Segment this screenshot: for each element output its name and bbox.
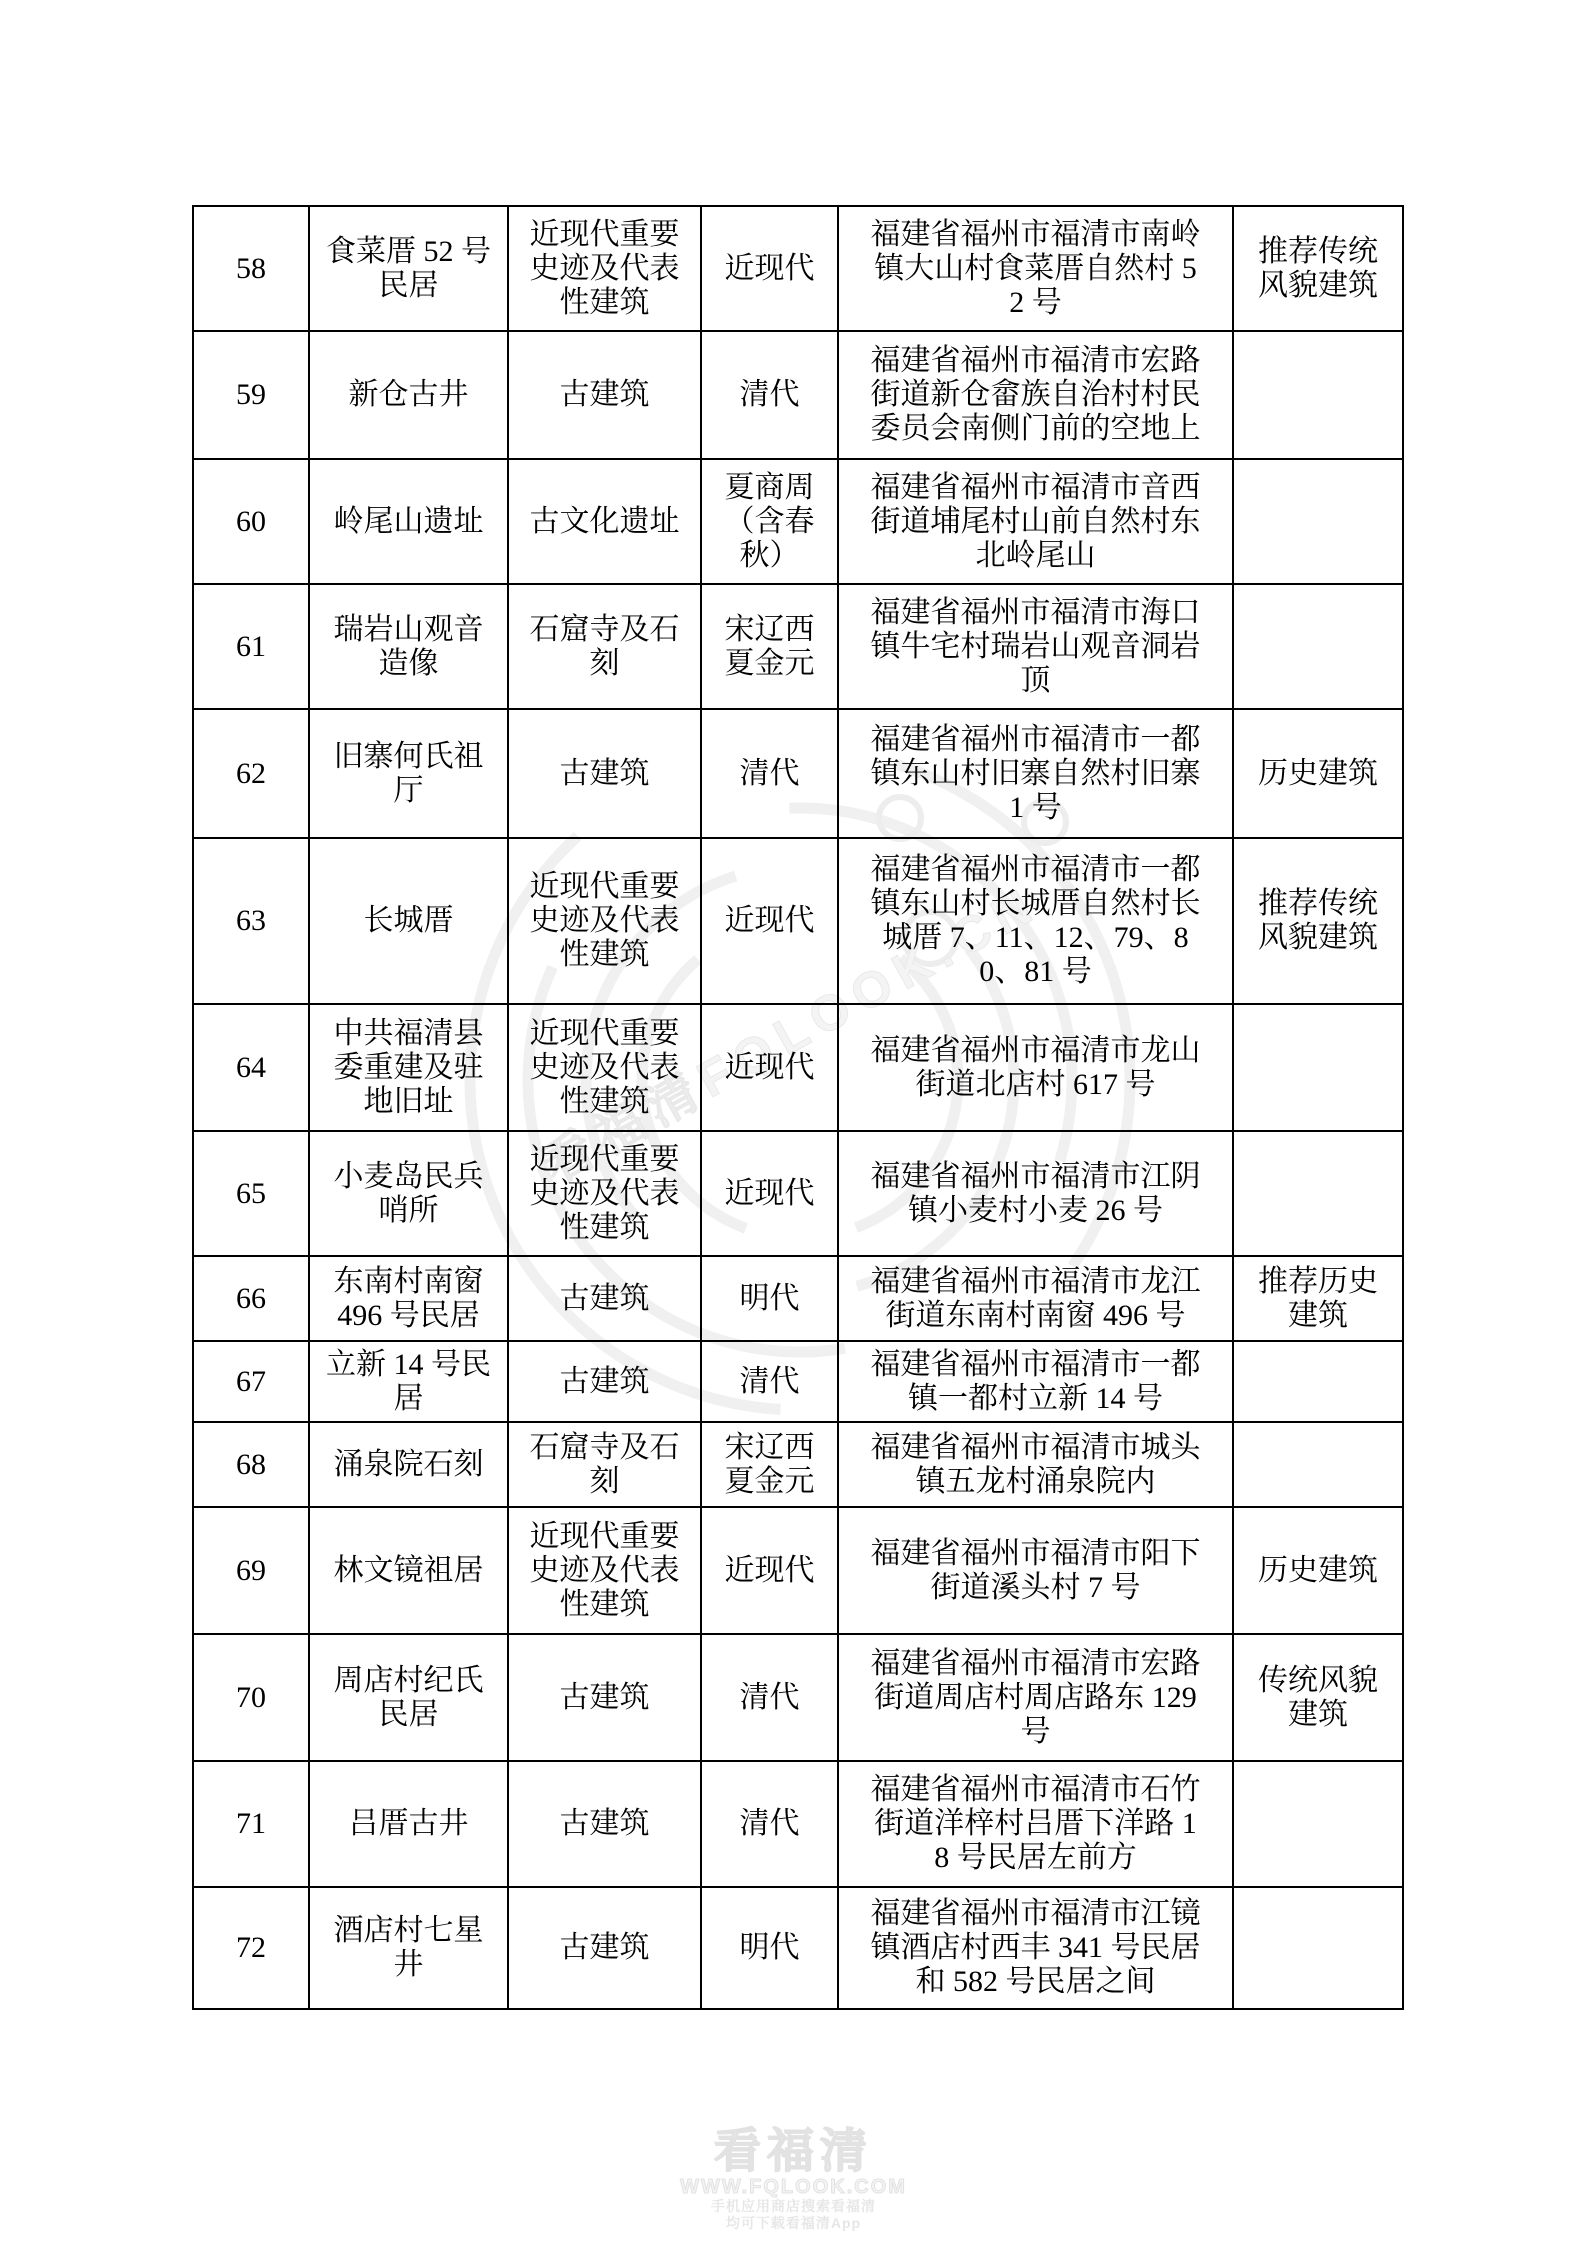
cell-name: 长城厝 [309, 838, 508, 1004]
cell-number: 58 [193, 206, 309, 331]
cell-address: 福建省福州市福清市海口镇牛宅村瑞岩山观音洞岩顶 [838, 584, 1233, 709]
cell-remark [1233, 459, 1403, 584]
cell-name: 中共福清县委重建及驻地旧址 [309, 1004, 508, 1131]
cell-category: 古建筑 [508, 1761, 701, 1887]
table-row: 69林文镜祖居近现代重要史迹及代表性建筑近现代福建省福州市福清市阳下街道溪头村 … [193, 1507, 1403, 1634]
cell-era: 清代 [701, 1761, 838, 1887]
cell-remark: 传统风貌建筑 [1233, 1634, 1403, 1761]
cell-category: 古建筑 [508, 1634, 701, 1761]
cell-era: 近现代 [701, 1004, 838, 1131]
cell-era: 清代 [701, 709, 838, 838]
cell-remark [1233, 1004, 1403, 1131]
cell-address: 福建省福州市福清市宏路街道周店村周店路东 129 号 [838, 1634, 1233, 1761]
cell-number: 64 [193, 1004, 309, 1131]
cell-name: 岭尾山遗址 [309, 459, 508, 584]
cell-remark [1233, 1422, 1403, 1507]
bottom-watermark-logo: 看福清 [0, 2126, 1587, 2176]
table-row: 63长城厝近现代重要史迹及代表性建筑近现代福建省福州市福清市一都镇东山村长城厝自… [193, 838, 1403, 1004]
table-row: 67立新 14 号民居古建筑清代福建省福州市福清市一都镇一都村立新 14 号 [193, 1341, 1403, 1422]
cell-address: 福建省福州市福清市阳下街道溪头村 7 号 [838, 1507, 1233, 1634]
cell-number: 60 [193, 459, 309, 584]
table-row: 60岭尾山遗址古文化遗址夏商周（含春秋）福建省福州市福清市音西街道埔尾村山前自然… [193, 459, 1403, 584]
cell-era: 宋辽西夏金元 [701, 1422, 838, 1507]
cell-name: 旧寨何氏祖厅 [309, 709, 508, 838]
cell-name: 酒店村七星井 [309, 1887, 508, 2009]
cell-remark: 推荐传统风貌建筑 [1233, 838, 1403, 1004]
cell-category: 近现代重要史迹及代表性建筑 [508, 838, 701, 1004]
cell-address: 福建省福州市福清市龙江街道东南村南窗 496 号 [838, 1256, 1233, 1341]
cell-name: 吕厝古井 [309, 1761, 508, 1887]
heritage-table-body: 58食菜厝 52 号民居近现代重要史迹及代表性建筑近现代福建省福州市福清市南岭镇… [193, 206, 1403, 2009]
cell-category: 近现代重要史迹及代表性建筑 [508, 1004, 701, 1131]
cell-category: 石窟寺及石刻 [508, 584, 701, 709]
cell-address: 福建省福州市福清市城头镇五龙村涌泉院内 [838, 1422, 1233, 1507]
cell-address: 福建省福州市福清市音西街道埔尾村山前自然村东北岭尾山 [838, 459, 1233, 584]
cell-number: 63 [193, 838, 309, 1004]
table-row: 71吕厝古井古建筑清代福建省福州市福清市石竹街道洋梓村吕厝下洋路 18 号民居左… [193, 1761, 1403, 1887]
table-row: 72酒店村七星井古建筑明代福建省福州市福清市江镜镇酒店村西丰 341 号民居和 … [193, 1887, 1403, 2009]
cell-number: 68 [193, 1422, 309, 1507]
cell-era: 清代 [701, 331, 838, 459]
cell-era: 近现代 [701, 1131, 838, 1256]
cell-address: 福建省福州市福清市南岭镇大山村食菜厝自然村 52 号 [838, 206, 1233, 331]
table-row: 66东南村南窗 496 号民居古建筑明代福建省福州市福清市龙江街道东南村南窗 4… [193, 1256, 1403, 1341]
cell-address: 福建省福州市福清市一都镇一都村立新 14 号 [838, 1341, 1233, 1422]
cell-name: 瑞岩山观音造像 [309, 584, 508, 709]
cell-era: 近现代 [701, 838, 838, 1004]
cell-number: 66 [193, 1256, 309, 1341]
table-row: 59新仓古井古建筑清代福建省福州市福清市宏路街道新仓畲族自治村村民委员会南侧门前… [193, 331, 1403, 459]
bottom-watermark-url: WWW.FQLOOK.COM [0, 2176, 1587, 2198]
table-row: 61瑞岩山观音造像石窟寺及石刻宋辽西夏金元福建省福州市福清市海口镇牛宅村瑞岩山观… [193, 584, 1403, 709]
cell-name: 周店村纪氏民居 [309, 1634, 508, 1761]
cell-number: 62 [193, 709, 309, 838]
cell-category: 近现代重要史迹及代表性建筑 [508, 206, 701, 331]
cell-era: 清代 [701, 1634, 838, 1761]
heritage-table: 58食菜厝 52 号民居近现代重要史迹及代表性建筑近现代福建省福州市福清市南岭镇… [192, 205, 1404, 2010]
cell-era: 近现代 [701, 1507, 838, 1634]
cell-era: 夏商周（含春秋） [701, 459, 838, 584]
cell-remark [1233, 1761, 1403, 1887]
cell-remark [1233, 1887, 1403, 2009]
table-row: 70周店村纪氏民居古建筑清代福建省福州市福清市宏路街道周店村周店路东 129 号… [193, 1634, 1403, 1761]
cell-address: 福建省福州市福清市龙山街道北店村 617 号 [838, 1004, 1233, 1131]
cell-era: 宋辽西夏金元 [701, 584, 838, 709]
cell-category: 古建筑 [508, 331, 701, 459]
cell-name: 林文镜祖居 [309, 1507, 508, 1634]
cell-remark: 推荐历史建筑 [1233, 1256, 1403, 1341]
cell-name: 新仓古井 [309, 331, 508, 459]
cell-address: 福建省福州市福清市石竹街道洋梓村吕厝下洋路 18 号民居左前方 [838, 1761, 1233, 1887]
cell-category: 古建筑 [508, 1887, 701, 2009]
bottom-watermark-line2: 均可下载看福清App [0, 2215, 1587, 2232]
cell-number: 59 [193, 331, 309, 459]
cell-number: 67 [193, 1341, 309, 1422]
cell-remark [1233, 584, 1403, 709]
cell-category: 古建筑 [508, 1256, 701, 1341]
table-row: 62旧寨何氏祖厅古建筑清代福建省福州市福清市一都镇东山村旧寨自然村旧寨 1 号历… [193, 709, 1403, 838]
cell-remark: 历史建筑 [1233, 1507, 1403, 1634]
cell-remark: 推荐传统风貌建筑 [1233, 206, 1403, 331]
cell-category: 石窟寺及石刻 [508, 1422, 701, 1507]
table-row: 64中共福清县委重建及驻地旧址近现代重要史迹及代表性建筑近现代福建省福州市福清市… [193, 1004, 1403, 1131]
cell-category: 古文化遗址 [508, 459, 701, 584]
cell-address: 福建省福州市福清市一都镇东山村长城厝自然村长城厝 7、11、12、79、80、8… [838, 838, 1233, 1004]
cell-name: 立新 14 号民居 [309, 1341, 508, 1422]
cell-category: 近现代重要史迹及代表性建筑 [508, 1507, 701, 1634]
cell-remark: 历史建筑 [1233, 709, 1403, 838]
cell-era: 明代 [701, 1256, 838, 1341]
cell-era: 明代 [701, 1887, 838, 2009]
cell-name: 小麦岛民兵哨所 [309, 1131, 508, 1256]
cell-era: 近现代 [701, 206, 838, 331]
cell-address: 福建省福州市福清市宏路街道新仓畲族自治村村民委员会南侧门前的空地上 [838, 331, 1233, 459]
cell-name: 食菜厝 52 号民居 [309, 206, 508, 331]
table-row: 58食菜厝 52 号民居近现代重要史迹及代表性建筑近现代福建省福州市福清市南岭镇… [193, 206, 1403, 331]
cell-era: 清代 [701, 1341, 838, 1422]
cell-number: 69 [193, 1507, 309, 1634]
cell-category: 近现代重要史迹及代表性建筑 [508, 1131, 701, 1256]
cell-number: 72 [193, 1887, 309, 2009]
cell-number: 61 [193, 584, 309, 709]
table-row: 65小麦岛民兵哨所近现代重要史迹及代表性建筑近现代福建省福州市福清市江阴镇小麦村… [193, 1131, 1403, 1256]
cell-remark [1233, 1341, 1403, 1422]
cell-number: 70 [193, 1634, 309, 1761]
table-row: 68涌泉院石刻石窟寺及石刻宋辽西夏金元福建省福州市福清市城头镇五龙村涌泉院内 [193, 1422, 1403, 1507]
cell-category: 古建筑 [508, 1341, 701, 1422]
cell-address: 福建省福州市福清市江阴镇小麦村小麦 26 号 [838, 1131, 1233, 1256]
cell-name: 东南村南窗 496 号民居 [309, 1256, 508, 1341]
cell-remark [1233, 331, 1403, 459]
cell-address: 福建省福州市福清市江镜镇酒店村西丰 341 号民居和 582 号民居之间 [838, 1887, 1233, 2009]
cell-name: 涌泉院石刻 [309, 1422, 508, 1507]
cell-category: 古建筑 [508, 709, 701, 838]
bottom-watermark: 看福清 WWW.FQLOOK.COM 手机应用商店搜索看福清 均可下载看福清Ap… [0, 2126, 1587, 2232]
cell-remark [1233, 1131, 1403, 1256]
cell-number: 65 [193, 1131, 309, 1256]
cell-number: 71 [193, 1761, 309, 1887]
bottom-watermark-line1: 手机应用商店搜索看福清 [0, 2198, 1587, 2215]
cell-address: 福建省福州市福清市一都镇东山村旧寨自然村旧寨 1 号 [838, 709, 1233, 838]
